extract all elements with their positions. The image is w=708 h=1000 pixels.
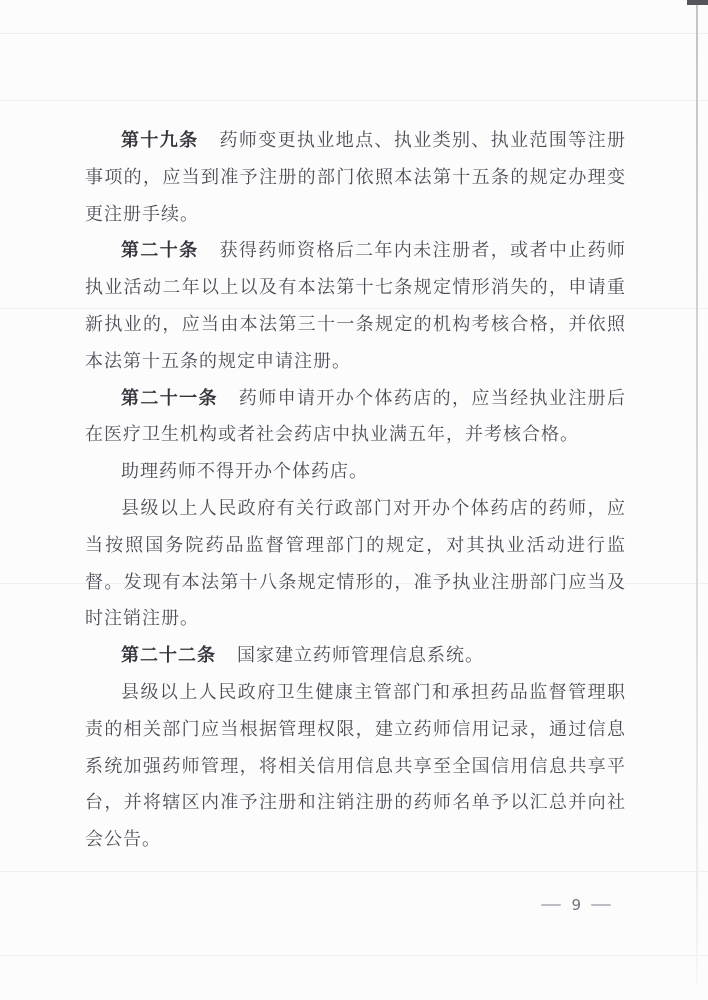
article-21-clause-2-text: 助理药师不得开办个体药店。 <box>121 461 368 481</box>
paragraph-article-22: 第二十二条国家建立药师管理信息系统。 <box>85 637 626 674</box>
scan-streak <box>0 33 708 34</box>
article-19-heading: 第十九条 <box>121 130 199 150</box>
article-22-text: 国家建立药师管理信息系统。 <box>237 645 484 665</box>
paragraph-article-22-clause-2: 县级以上人民政府卫生健康主管部门和承担药品监督管理职责的相关部门应当根据管理权限… <box>85 674 626 858</box>
article-21-clause-3-text: 县级以上人民政府有关行政部门对开办个体药店的药师，应当按照国务院药品监督管理部门… <box>85 498 626 628</box>
paragraph-article-19: 第十九条药师变更执业地点、执业类别、执业范围等注册事项的，应当到准予注册的部门依… <box>85 122 626 232</box>
scanned-document-page: 第十九条药师变更执业地点、执业类别、执业范围等注册事项的，应当到准予注册的部门依… <box>0 0 708 1000</box>
page-number: 9 <box>571 896 581 914</box>
paragraph-article-21-clause-3: 县级以上人民政府有关行政部门对开办个体药店的药师，应当按照国务院药品监督管理部门… <box>85 490 626 637</box>
article-21-heading: 第二十一条 <box>121 388 218 408</box>
scan-streak <box>0 100 708 101</box>
article-22-clause-2-text: 县级以上人民政府卫生健康主管部门和承担药品监督管理职责的相关部门应当根据管理权限… <box>85 682 626 849</box>
scan-corner-mark <box>687 0 708 5</box>
article-20-heading: 第二十条 <box>121 240 199 260</box>
page-number-right-dash: — <box>590 897 612 913</box>
scan-page-edge-line <box>696 0 698 985</box>
scan-streak <box>0 871 708 872</box>
scan-streak <box>0 955 708 956</box>
page-number-left-dash: — <box>541 897 563 913</box>
page-number-footer: — 9 — <box>544 896 608 914</box>
paragraph-article-21: 第二十一条药师申请开办个体药店的，应当经执业注册后在医疗卫生机构或者社会药店中执… <box>85 380 626 454</box>
document-body: 第十九条药师变更执业地点、执业类别、执业范围等注册事项的，应当到准予注册的部门依… <box>85 122 626 858</box>
paragraph-article-21-clause-2: 助理药师不得开办个体药店。 <box>85 453 626 490</box>
paragraph-article-20: 第二十条获得药师资格后二年内未注册者，或者中止药师执业活动二年以上以及有本法第十… <box>85 232 626 379</box>
article-22-heading: 第二十二条 <box>121 645 216 665</box>
